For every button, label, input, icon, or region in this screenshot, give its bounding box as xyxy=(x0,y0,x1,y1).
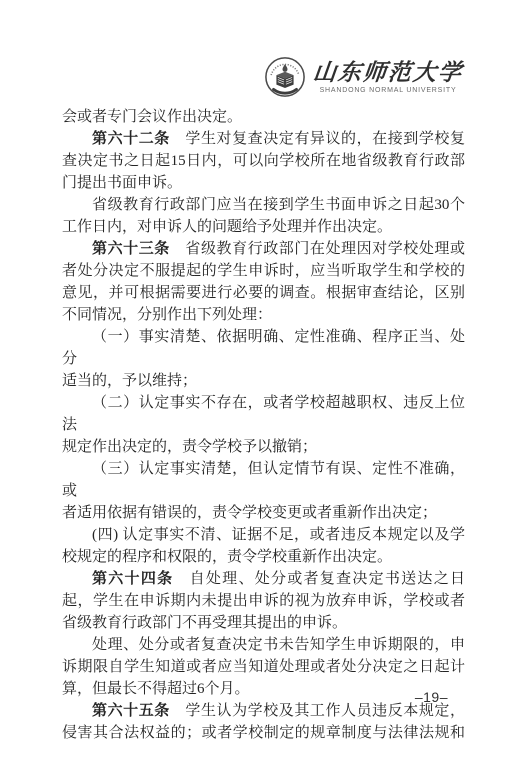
text-line: 省级教育行政部门不再受理其提出的申诉。 xyxy=(62,612,465,634)
university-name-zh: 山东师范大学 xyxy=(312,60,465,85)
text-line: 省级教育行政部门应当在接到学生书面申诉之日起30个 xyxy=(62,194,465,216)
article-number: 第六十二条 xyxy=(92,131,170,147)
text-line: 门提出书面申诉。 xyxy=(62,172,465,194)
text-line: 工作日内，对申诉人的问题给予处理并作出决定。 xyxy=(62,216,465,238)
document-lines: 会或者专门会议作出决定。第六十二条 学生对复查决定有异议的，在接到学校复查决定书… xyxy=(62,106,465,744)
article-number: 第六十五条 xyxy=(92,703,170,719)
text-line: （三）认定事实清楚，但认定情节有误、定性不准确，或 xyxy=(62,458,465,502)
page-number: –19– xyxy=(415,689,448,705)
text-line: 第六十五条 学生认为学校及其工作人员违反本规定， xyxy=(62,700,465,722)
document-body: 会或者专门会议作出决定。第六十二条 学生对复查决定有异议的，在接到学校复查决定书… xyxy=(62,106,465,744)
text-line: (四) 认定事实不清、证据不足，或者违反本规定以及学 xyxy=(62,524,465,546)
text-line: 意见，并可根据需要进行必要的调查。根据审查结论，区别 xyxy=(62,282,465,304)
text-line: 算，但最长不得超过6个月。 xyxy=(62,678,465,700)
text-line: 第六十二条 学生对复查决定有异议的，在接到学校复 xyxy=(62,128,465,150)
text-line: 适当的，予以维持； xyxy=(62,370,465,392)
text-line: 查决定书之日起15日内，可以向学校所在地省级教育行政部 xyxy=(62,150,465,172)
text-line: 不同情况，分别作出下列处理： xyxy=(62,304,465,326)
text-line: 第六十四条 自处理、处分或者复查决定书送达之日 xyxy=(62,568,465,590)
text-line: 会或者专门会议作出决定。 xyxy=(62,106,465,128)
text-line: 起，学生在申诉期内未提出申诉的视为放弃申诉，学校或者 xyxy=(62,590,465,612)
text-line: 校规定的程序和权限的，责令学校重新作出决定。 xyxy=(62,546,465,568)
university-name-block: 山东师范大学 SHANDONG NORMAL UNIVERSITY xyxy=(313,60,463,94)
university-emblem-icon xyxy=(264,56,306,98)
article-number: 第六十四条 xyxy=(92,571,173,587)
text-line: 者适用依据有错误的，责令学校变更或者重新作出决定； xyxy=(62,502,465,524)
article-number: 第六十三条 xyxy=(92,241,170,257)
text-line: 处理、处分或者复查决定书未告知学生申诉期限的，申 xyxy=(62,634,465,656)
document-page: 山东师范大学 SHANDONG NORMAL UNIVERSITY 会或者专门会… xyxy=(0,0,525,768)
text-line: 规定作出决定的，责令学校予以撤销； xyxy=(62,436,465,458)
text-line: 者处分决定不服提起的学生申诉时，应当听取学生和学校的 xyxy=(62,260,465,282)
university-logo: 山东师范大学 SHANDONG NORMAL UNIVERSITY xyxy=(264,56,463,98)
university-name-en: SHANDONG NORMAL UNIVERSITY xyxy=(320,87,457,94)
text-line: （二）认定事实不存在，或者学校超越职权、违反上位法 xyxy=(62,392,465,436)
text-line: 诉期限自学生知道或者应当知道处理或者处分决定之日起计 xyxy=(62,656,465,678)
text-line: 侵害其合法权益的；或者学校制定的规章制度与法律法规和 xyxy=(62,722,465,744)
text-line: （一）事实清楚、依据明确、定性准确、程序正当、处分 xyxy=(62,326,465,370)
text-line: 第六十三条 省级教育行政部门在处理因对学校处理或 xyxy=(62,238,465,260)
